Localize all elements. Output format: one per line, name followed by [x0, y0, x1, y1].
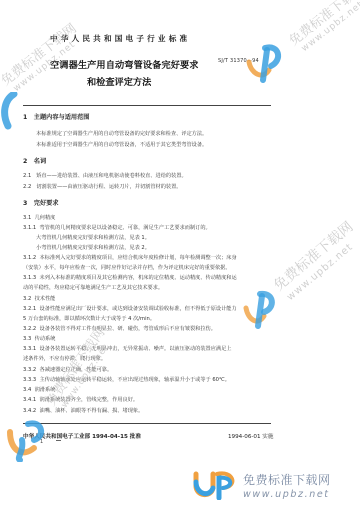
- clause-number: 3.1: [23, 215, 31, 221]
- site-logo-name: 免费标准下载网: [243, 471, 331, 488]
- clause-text: 传动系统: [35, 336, 56, 342]
- section-3-heading: 3 完好要求: [23, 198, 59, 207]
- clause-text: 本标准列入完好要求的精度项目，应结合机床年度检修计划，每年检测调整一次；床身: [40, 255, 237, 261]
- document-title-line2: 和检查评定方法: [87, 74, 151, 88]
- up-logo-icon: [193, 470, 239, 500]
- clause-number: 3.1.1: [23, 225, 36, 231]
- clause-text: 技术性能: [35, 296, 56, 302]
- clause-continuation: 5 万台套的标准，即以循环次数计大于或等于 4 次/min。: [23, 315, 155, 322]
- section-title: 完好要求: [34, 200, 59, 207]
- footer-divider: [23, 423, 271, 424]
- clause-number: 3.2.2: [23, 326, 36, 332]
- clause-number: 3.4.2: [23, 408, 36, 414]
- clause: 3.1.3 未列入本标准的精度项目及其它检测内容，机床的定位精度、运动精度、传动…: [23, 274, 237, 281]
- clause-number: 3.2.1: [23, 306, 36, 312]
- clause: 3.1.2 本标准列入完好要求的精度项目，应结合机床年度检修计划，每年检测调整一…: [23, 254, 237, 261]
- clause-number: 3.2: [23, 296, 31, 302]
- clause-number: 3.1.2: [23, 255, 36, 261]
- clause-number: 2.2: [23, 184, 31, 190]
- clause-number: 3.3.3: [23, 377, 36, 383]
- clause-continuation: （安装）水平，每年应检查一次，同时应作好记录并存档，作为评定机床完好的重要依据。: [23, 264, 231, 271]
- clause-2-2: 2.2 切割装置——由液压驱动行程、运转刀片，并切割管材的装置。: [23, 183, 181, 190]
- section-title: 名词: [34, 158, 46, 165]
- clause-continuation: 小弯管机几何精度完好要求和检测方法，见表 2。: [36, 244, 150, 251]
- document-page: 中华人民共和国电子行业标准 空调器生产用自动弯管设备完好要求 和检查评定方法 S…: [0, 0, 360, 510]
- clause-number: 3.1.3: [23, 275, 36, 281]
- clause-text: 未列入本标准的精度项目及其它检测内容，机床的定位精度、运动精度、传动精度和运: [40, 275, 237, 281]
- clause-text: 设备性能应满足出厂设计要求，或达到设备安装调试验收标准，但不得低于原设计能力: [40, 306, 237, 312]
- clause: 3.1 几何精度: [23, 214, 55, 221]
- clause: 3.3 传动系统: [23, 335, 55, 342]
- clause-text: 设备各装管不得对工件有明显拉、研、碰伤，弯管成形后不应有皱裂和拉伤。: [40, 326, 216, 332]
- clause-text: 设备各装置运转平稳，无明显冲击，无异常振动、噪声。以液压驱动的装置应满足上: [40, 346, 232, 352]
- clause-number: 3.4.1: [23, 397, 36, 403]
- clause-number: 3.4: [23, 387, 31, 393]
- section-title: 主题内容与适用范围: [34, 114, 90, 121]
- clause-text: 切割装置——由液压驱动行程、运转刀片，并切割管材的装置。: [36, 184, 181, 190]
- paragraph: 本标准规定了空调器生产用的自动弯管设备的完好要求和检查、评定方法。: [36, 130, 207, 137]
- clause: 3.1.1 弯管机的几何精度要求是以设备稳定、可靠，满足生产工艺要求而制订的。: [23, 224, 211, 231]
- paragraph: 本标准适用于空调器生产用的自动弯管设备，不适用于其它类型弯管设备。: [36, 141, 207, 148]
- page-number-dash: [56, 440, 61, 441]
- clause-text: 弯管机的几何精度要求是以设备稳定、可靠，满足生产工艺要求而制订的。: [40, 225, 211, 231]
- header-divider: [23, 105, 271, 106]
- clause-number: 2.1: [23, 173, 31, 179]
- clause: 3.3.1 设备各装置运转平稳，无明显冲击，无异常振动、噪声。以液压驱动的装置应…: [23, 345, 231, 352]
- clause-text: 几何精度: [35, 215, 56, 221]
- implementation-date: 1994-06-01 实施: [228, 432, 273, 440]
- section-number: 3: [23, 200, 27, 207]
- clause: 3.2 技术性能: [23, 295, 55, 302]
- site-logo: 免费标准下载网 www.upbz.net: [193, 470, 331, 500]
- clause-continuation: 大弯管机几何精度完好要求和检测方法，见表 1。: [36, 234, 150, 241]
- clause: 3.2.2 设备各装管不得对工件有明显拉、研、碰伤，弯管成形后不应有皱裂和拉伤。: [23, 325, 216, 332]
- section-1-heading: 1 主题内容与适用范围: [23, 112, 89, 121]
- clause-text: 矫直——进给装置、由液压和电机驱动使卷料校直、进给的装置。: [36, 173, 186, 179]
- clause-number: 3.3.1: [23, 346, 36, 352]
- document-title-line1: 空调器生产用自动弯管设备完好要求: [50, 57, 199, 71]
- section-number: 2: [23, 158, 27, 165]
- site-logo-url: www.upbz.net: [243, 489, 331, 500]
- up-logo-icon: [0, 92, 22, 132]
- clause: 3.2.1 设备性能应满足出厂设计要求，或达到设备安装调试验收标准，但不得低于原…: [23, 305, 237, 312]
- clause-continuation: 动的平稳性，均应稳定可靠地满足生产工艺及其它技术要求。: [23, 284, 163, 291]
- clause: 3.4.2 油嘴、油杯、油眼等不得有漏、损、堵现象。: [23, 407, 143, 414]
- clause-number: 3.3: [23, 336, 31, 342]
- up-logo-icon: [240, 290, 276, 330]
- clause-number: 3.3.2: [23, 367, 36, 373]
- clause-2-1: 2.1 矫直——进给装置、由液压和电机驱动使卷料校直、进给的装置。: [23, 172, 187, 179]
- up-logo-icon: [6, 418, 48, 462]
- section-2-heading: 2 名词: [23, 156, 46, 165]
- up-logo-icon: [245, 40, 283, 85]
- section-number: 1: [23, 114, 27, 121]
